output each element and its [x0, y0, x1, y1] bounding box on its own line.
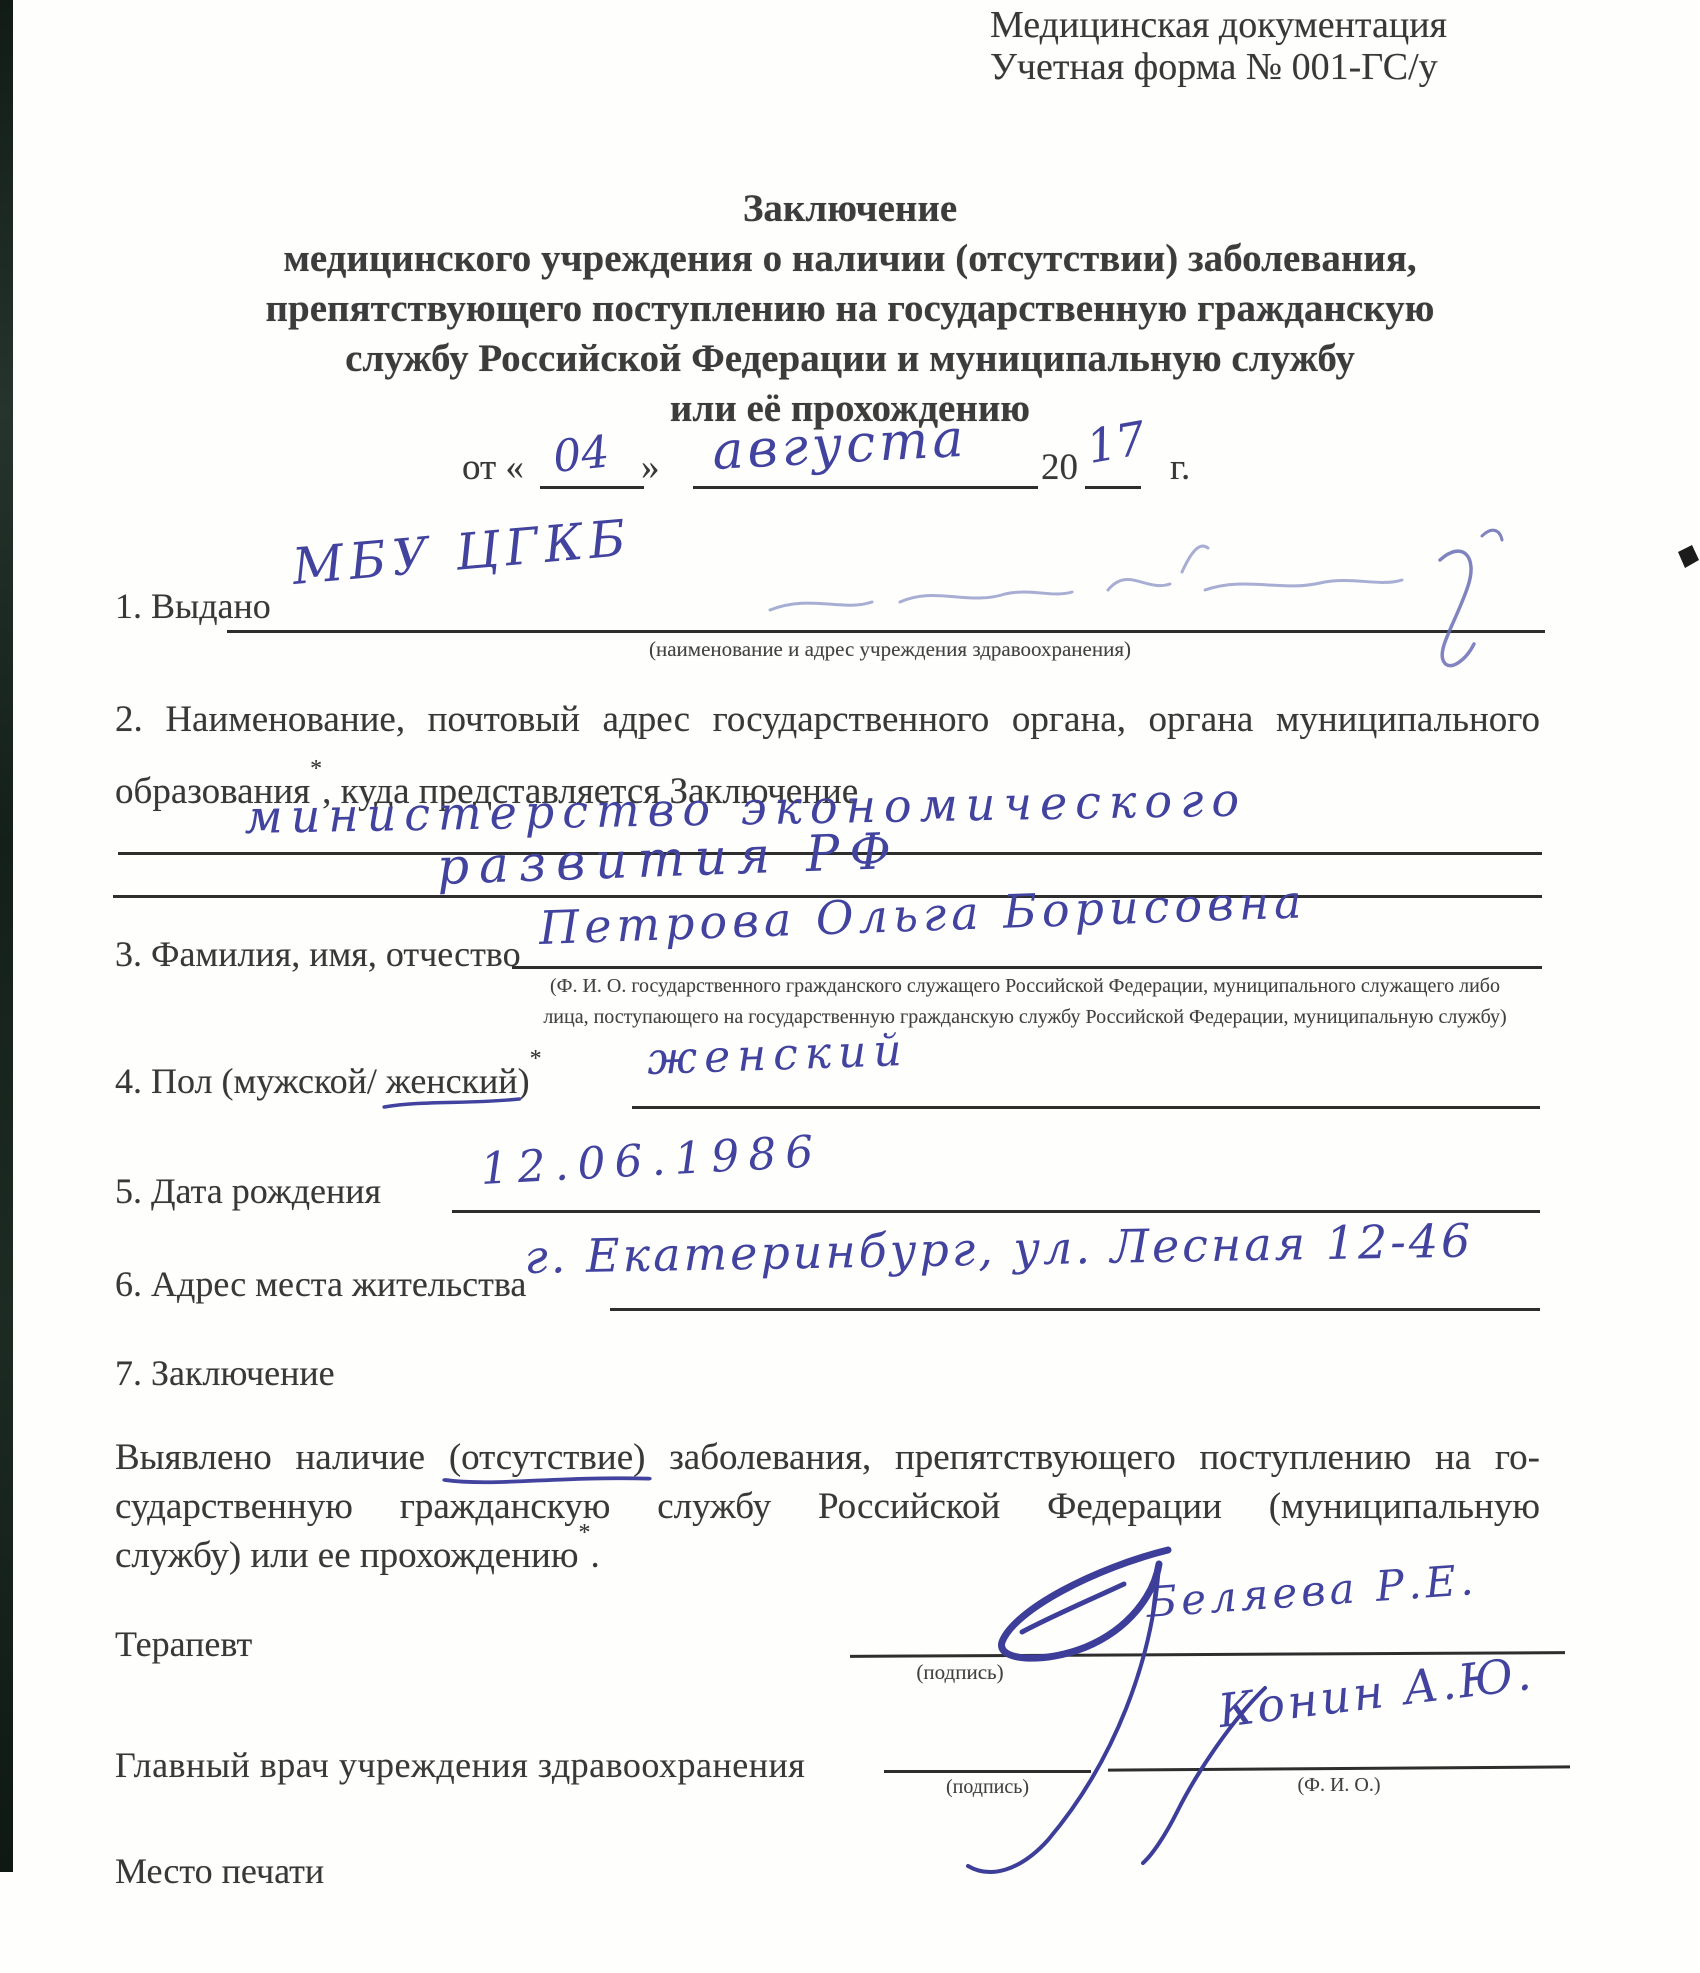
chief-label: Главный врач учреждения здравоохранения [115, 1744, 805, 1786]
therapist-label: Терапевт [115, 1623, 252, 1665]
statement-line1: Выявлено наличие (отсутствие) заболевани… [115, 1436, 1540, 1479]
field1-label: 1. Выдано [115, 585, 271, 627]
stamp-place-label: Место печати [115, 1850, 324, 1892]
statement-underlined-word-text: отсутствие [461, 1437, 633, 1478]
date-month-line [693, 486, 1038, 489]
field4-gender-word-text: женский [386, 1061, 518, 1101]
scanned-medical-form: Медицинская документация Учетная форма №… [0, 0, 1700, 1973]
statement-line1-start: Выявлено наличие ( [115, 1437, 461, 1478]
date-day-handwritten: 04 [551, 426, 612, 483]
statement-line3: службу) или ее прохождению*. [115, 1534, 600, 1577]
statement-line3-text: службу) или ее прохождению [115, 1535, 578, 1576]
field3-label: 3. Фамилия, имя, отчество [115, 933, 521, 975]
field2-footnote-mark: * [310, 756, 322, 782]
field1-value-handwritten: МБУ ЦГКБ [290, 509, 634, 596]
chief-name-handwritten: Конин А.Ю. [1215, 1646, 1536, 1738]
scan-edge-artifact [0, 0, 13, 1872]
therapist-name-handwritten: Беляева Р.Е. [1145, 1555, 1479, 1627]
field4-label: 4. Пол (мужской/ женский)* [115, 1060, 542, 1102]
field3-caption: (Ф. И. О. государственного гражданского … [505, 971, 1545, 1033]
field3-caption-line1: (Ф. И. О. государственного гражданского … [505, 971, 1545, 1002]
field3-line [512, 966, 1542, 969]
scan-ink-blot [1678, 545, 1699, 568]
field5-value-handwritten: 12.06.1986 [479, 1126, 823, 1195]
chief-name-caption: (Ф. И. О.) [1108, 1774, 1570, 1797]
field1-line [227, 630, 1545, 633]
field2-label-line1: 2. Наименование, почтовый адрес государс… [115, 698, 1540, 741]
field5-line [452, 1210, 1540, 1213]
field3-caption-line2: лица, поступающего на государственную гр… [505, 1002, 1545, 1033]
title-line-4: службу Российской Федерации и муниципаль… [115, 336, 1585, 381]
header-line-1: Медицинская документация [990, 4, 1447, 46]
field4-label-end: ) [518, 1061, 530, 1101]
date-suffix: г. [1170, 446, 1190, 489]
field5-label: 5. Дата рождения [115, 1170, 381, 1212]
statement-footnote-mark: * [578, 1520, 590, 1546]
date-year-handwritten: 17 [1083, 411, 1150, 474]
title-line-2: медицинского учреждения о наличии (отсут… [115, 236, 1585, 281]
header-line-2: Учетная форма № 001-ГС/у [990, 46, 1447, 88]
date-prefix: от « [462, 446, 524, 489]
field4-label-start: 4. Пол (мужской/ [115, 1061, 386, 1101]
date-month-handwritten: августа [711, 409, 969, 482]
date-year-prefix: 20 [1041, 446, 1078, 489]
date-day-line [540, 486, 644, 489]
field4-footnote-mark: * [530, 1046, 542, 1072]
chief-sign-caption: (подпись) [884, 1776, 1091, 1799]
therapist-signature [968, 1550, 1168, 1872]
field6-line [610, 1308, 1540, 1311]
statement-line3-period: . [590, 1535, 599, 1576]
statement-underlined-word: отсутствие [461, 1436, 633, 1479]
field7-label: 7. Заключение [115, 1352, 335, 1394]
field6-label: 6. Адрес места жительства [115, 1263, 526, 1305]
field4-value-handwritten: женский [646, 1025, 909, 1085]
field6-value-handwritten: г. Екатеринбург, ул. Лесная 12-46 [524, 1213, 1474, 1284]
field4-gender-word: женский [386, 1060, 518, 1102]
field1-caption: (наименование и адрес учреждения здравоо… [540, 637, 1240, 662]
date-close-quote: » [641, 446, 660, 489]
statement-line2: сударственную гражданскую службу Российс… [115, 1485, 1540, 1528]
chief-signature-line [884, 1770, 1091, 1773]
title-line-3: препятствующего поступлению на государст… [115, 286, 1585, 331]
date-year-line [1085, 486, 1141, 489]
statement-line1-end: ) заболевания, препятствующего поступлен… [633, 1437, 1540, 1478]
form-header: Медицинская документация Учетная форма №… [990, 4, 1447, 88]
chief-name-line [1108, 1765, 1570, 1771]
therapist-sign-caption: (подпись) [860, 1660, 1060, 1685]
field4-line [632, 1106, 1540, 1109]
title-line-1: Заключение [115, 186, 1585, 231]
